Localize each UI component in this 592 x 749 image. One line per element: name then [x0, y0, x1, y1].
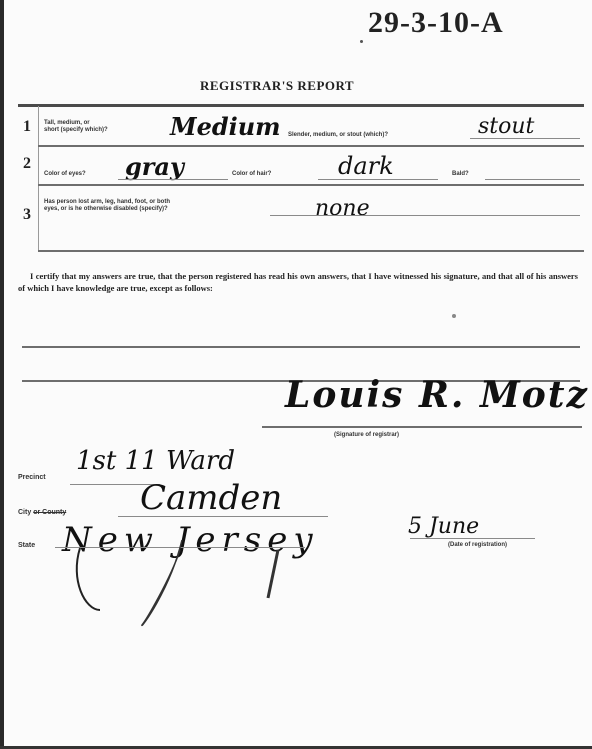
question-1-second-answer: stout: [478, 114, 534, 139]
question-1-label: Tall, medium, or short (specify which)?: [44, 120, 108, 134]
registration-date: 5 June: [408, 514, 479, 539]
question-1-number: 1: [23, 118, 31, 136]
row-2-bottom-rule: [38, 184, 584, 186]
question-2-third-label: Bald?: [452, 171, 469, 178]
question-2-second-label: Color of hair?: [232, 171, 271, 178]
registration-date-line: [410, 538, 535, 539]
state-label: State: [18, 542, 35, 549]
handwriting-flourish: [60, 540, 320, 640]
scan-left-edge: [0, 0, 4, 749]
question-2-answer: gray: [125, 152, 184, 181]
serial-number: 29-3-10-A: [368, 6, 504, 40]
question-1-answer-line: [470, 138, 580, 139]
county-label-struck: or County: [33, 509, 66, 516]
question-3-number: 3: [23, 206, 31, 224]
page-title: REGISTRAR'S REPORT: [200, 78, 354, 94]
table-bottom-rule: [38, 250, 584, 252]
signature-line: [262, 426, 582, 428]
question-1-second-label: Slender, medium, or stout (which)?: [288, 132, 388, 139]
question-2-second-answer-line: [318, 179, 438, 180]
city-label: City or County: [18, 509, 66, 516]
registration-date-caption: (Date of registration): [448, 542, 507, 548]
question-3-label-line-2: eyes, or is he otherwise disabled (speci…: [44, 206, 170, 213]
precinct-label: Precinct: [18, 474, 46, 481]
precinct-value: 1st 11 Ward: [76, 446, 235, 476]
question-2-third-answer-line: [485, 179, 580, 180]
city-line: [118, 516, 328, 517]
question-3-answer: none: [315, 196, 370, 221]
question-3-label-line-1: Has person lost arm, leg, hand, foot, or…: [44, 199, 170, 206]
question-2-label: Color of eyes?: [44, 171, 86, 178]
table-number-column-divider: [38, 106, 39, 252]
city-value: Camden: [140, 478, 282, 518]
scan-speck: [452, 314, 456, 318]
exceptions-line-1: [22, 346, 580, 348]
question-1-answer: Medium: [170, 112, 281, 141]
question-3-answer-line: [270, 215, 580, 216]
registrar-signature: Louis R. Motz: [285, 374, 589, 416]
row-1-bottom-rule: [38, 145, 584, 147]
table-top-rule: [18, 104, 584, 107]
question-1-label-line-1: Tall, medium, or: [44, 120, 108, 127]
question-3-label: Has person lost arm, leg, hand, foot, or…: [44, 199, 170, 213]
question-1-label-line-2: short (specify which)?: [44, 127, 108, 134]
scan-speck: [360, 40, 363, 43]
question-2-second-answer: dark: [338, 152, 394, 180]
question-2-answer-line: [118, 179, 228, 180]
certification-statement: I certify that my answers are true, that…: [18, 270, 578, 294]
signature-caption: (Signature of registrar): [334, 432, 399, 438]
city-label-text: City: [18, 509, 31, 516]
question-2-number: 2: [23, 155, 31, 173]
